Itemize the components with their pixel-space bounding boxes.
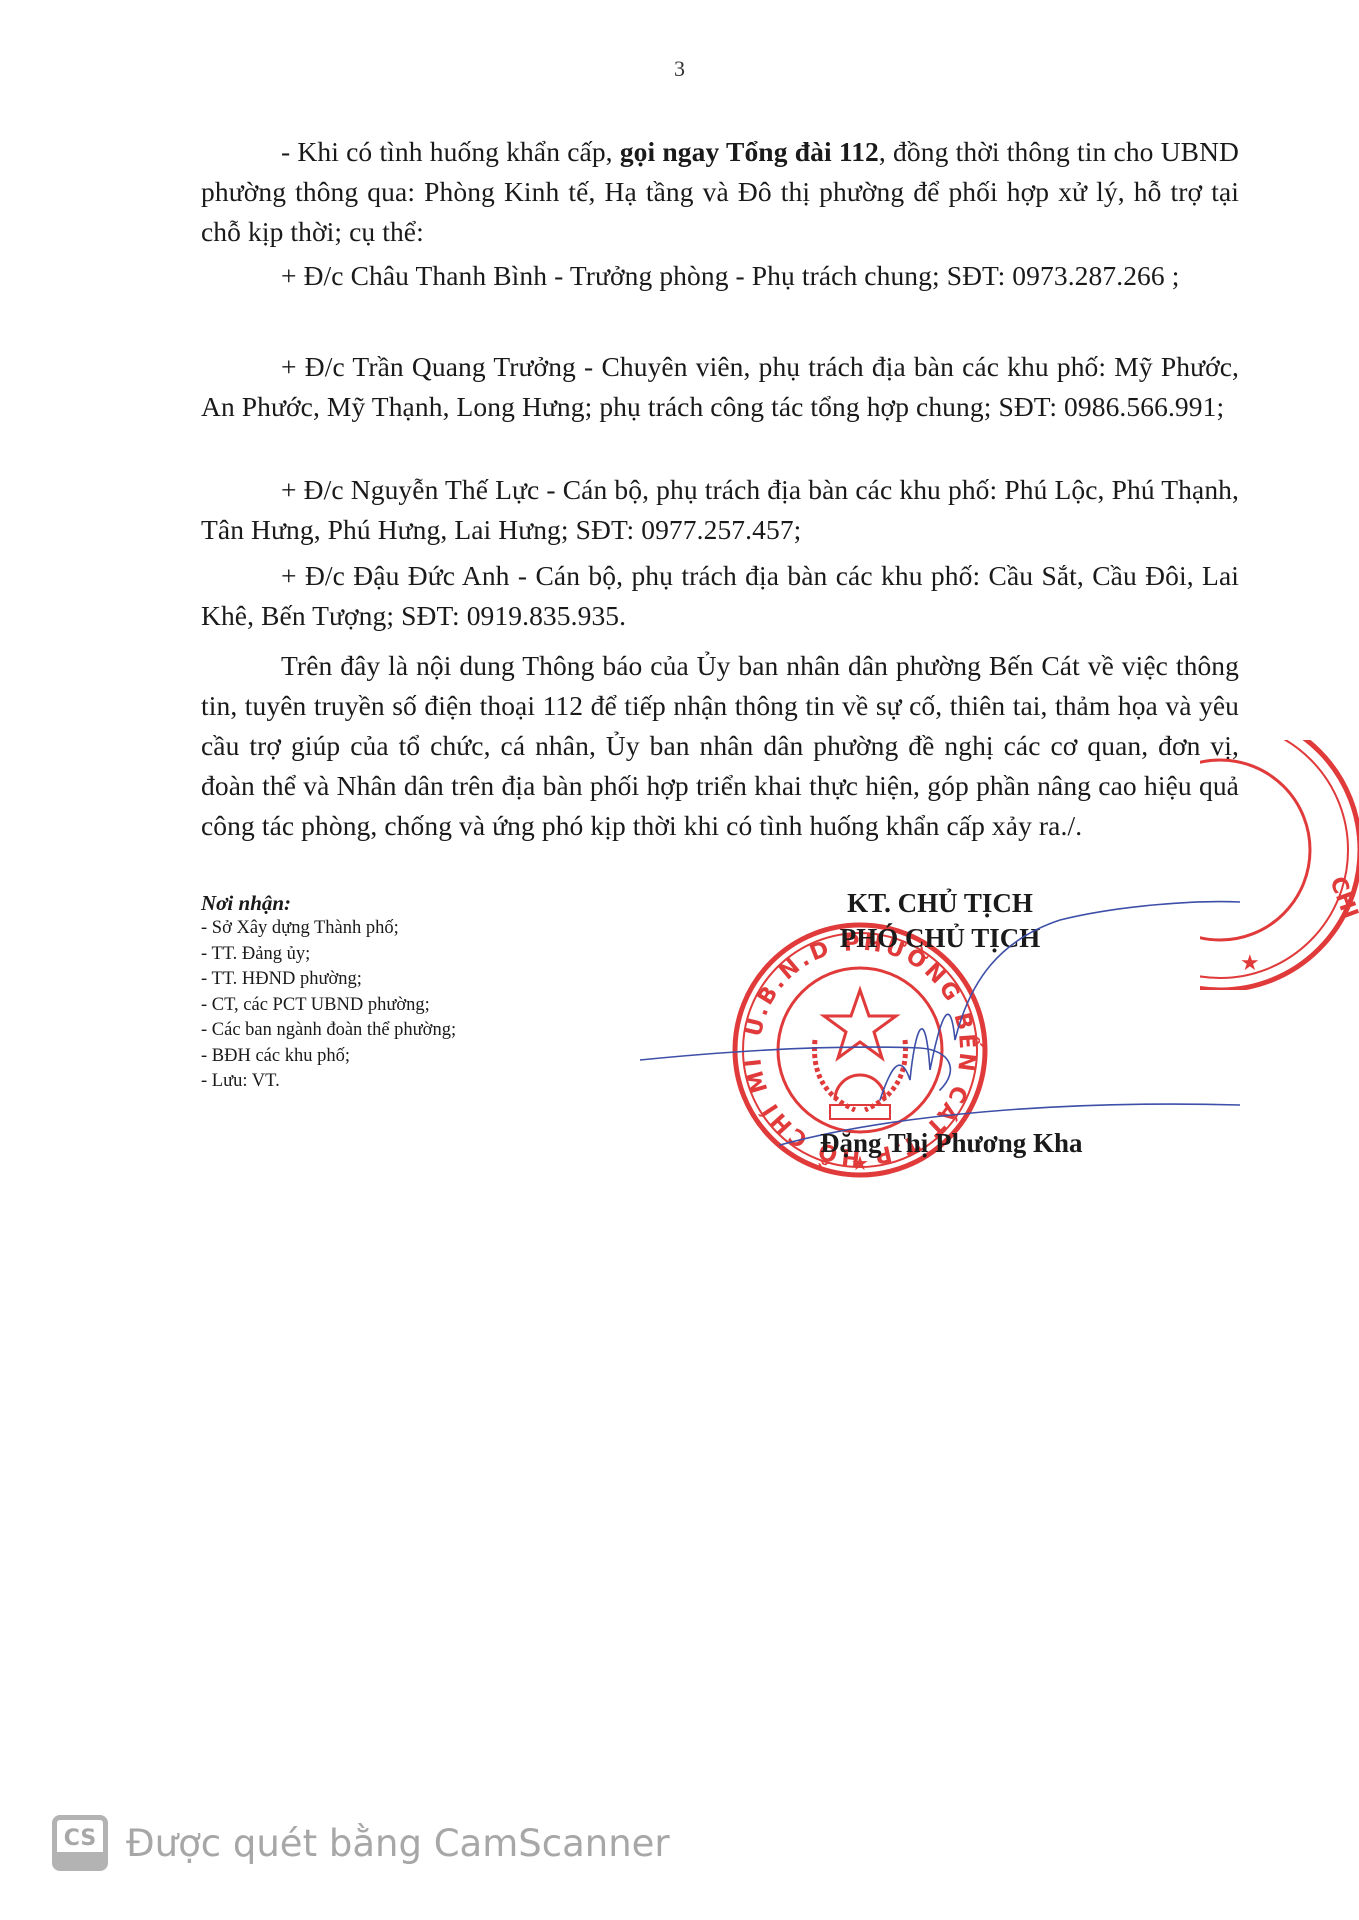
contact-item: + Đ/c Đậu Đức Anh - Cán bộ, phụ trách đị… — [201, 556, 1239, 636]
handwritten-signature-icon — [640, 900, 1240, 1160]
contact-text: + Đ/c Nguyễn Thế Lực - Cán bộ, phụ trách… — [201, 470, 1239, 550]
page-number: 3 — [0, 56, 1359, 82]
contact-item: + Đ/c Châu Thanh Bình - Trưởng phòng - P… — [201, 256, 1239, 296]
paragraph-emergency: - Khi có tình huống khẩn cấp, gọi ngay T… — [201, 132, 1239, 252]
recipient-item: - TT. HĐND phường; — [201, 967, 621, 993]
signer-name: Đặng Thị Phương Kha — [820, 1128, 1083, 1159]
contact-item: + Đ/c Trần Quang Trưởng - Chuyên viên, p… — [201, 347, 1239, 427]
contact-text: + Đ/c Đậu Đức Anh - Cán bộ, phụ trách đị… — [201, 556, 1239, 636]
svg-text:★: ★ — [1240, 950, 1260, 975]
recipient-item: - CT, các PCT UBND phường; — [201, 993, 621, 1019]
contact-text: + Đ/c Trần Quang Trưởng - Chuyên viên, p… — [201, 347, 1239, 427]
recipient-item: - Sở Xây dựng Thành phố; — [201, 916, 621, 942]
closing-text: Trên đây là nội dung Thông báo của Ủy ba… — [201, 646, 1239, 846]
contact-text: + Đ/c Châu Thanh Bình - Trưởng phòng - P… — [201, 256, 1239, 296]
camscanner-watermark: CS Được quét bằng CamScanner — [52, 1812, 670, 1874]
camscanner-logo-icon: CS — [52, 1815, 108, 1871]
paragraph-text: - Khi có tình huống khẩn cấp, — [281, 136, 620, 167]
contact-item: + Đ/c Nguyễn Thế Lực - Cán bộ, phụ trách… — [201, 470, 1239, 550]
recipients-block: Nơi nhận: - Sở Xây dựng Thành phố; - TT.… — [201, 890, 621, 1095]
recipient-item: - TT. Đảng ủy; — [201, 942, 621, 968]
emphasis-hotline: gọi ngay Tổng đài 112 — [620, 136, 879, 167]
recipients-list: - Sở Xây dựng Thành phố; - TT. Đảng ủy; … — [201, 916, 621, 1095]
recipient-item: - BĐH các khu phố; — [201, 1044, 621, 1070]
closing-paragraph: Trên đây là nội dung Thông báo của Ủy ba… — [201, 646, 1239, 846]
watermark-text: Được quét bằng CamScanner — [126, 1822, 670, 1865]
recipient-item: - Các ban ngành đoàn thể phường; — [201, 1018, 621, 1044]
recipient-item: - Lưu: VT. — [201, 1069, 621, 1095]
recipients-title: Nơi nhận: — [201, 890, 621, 916]
